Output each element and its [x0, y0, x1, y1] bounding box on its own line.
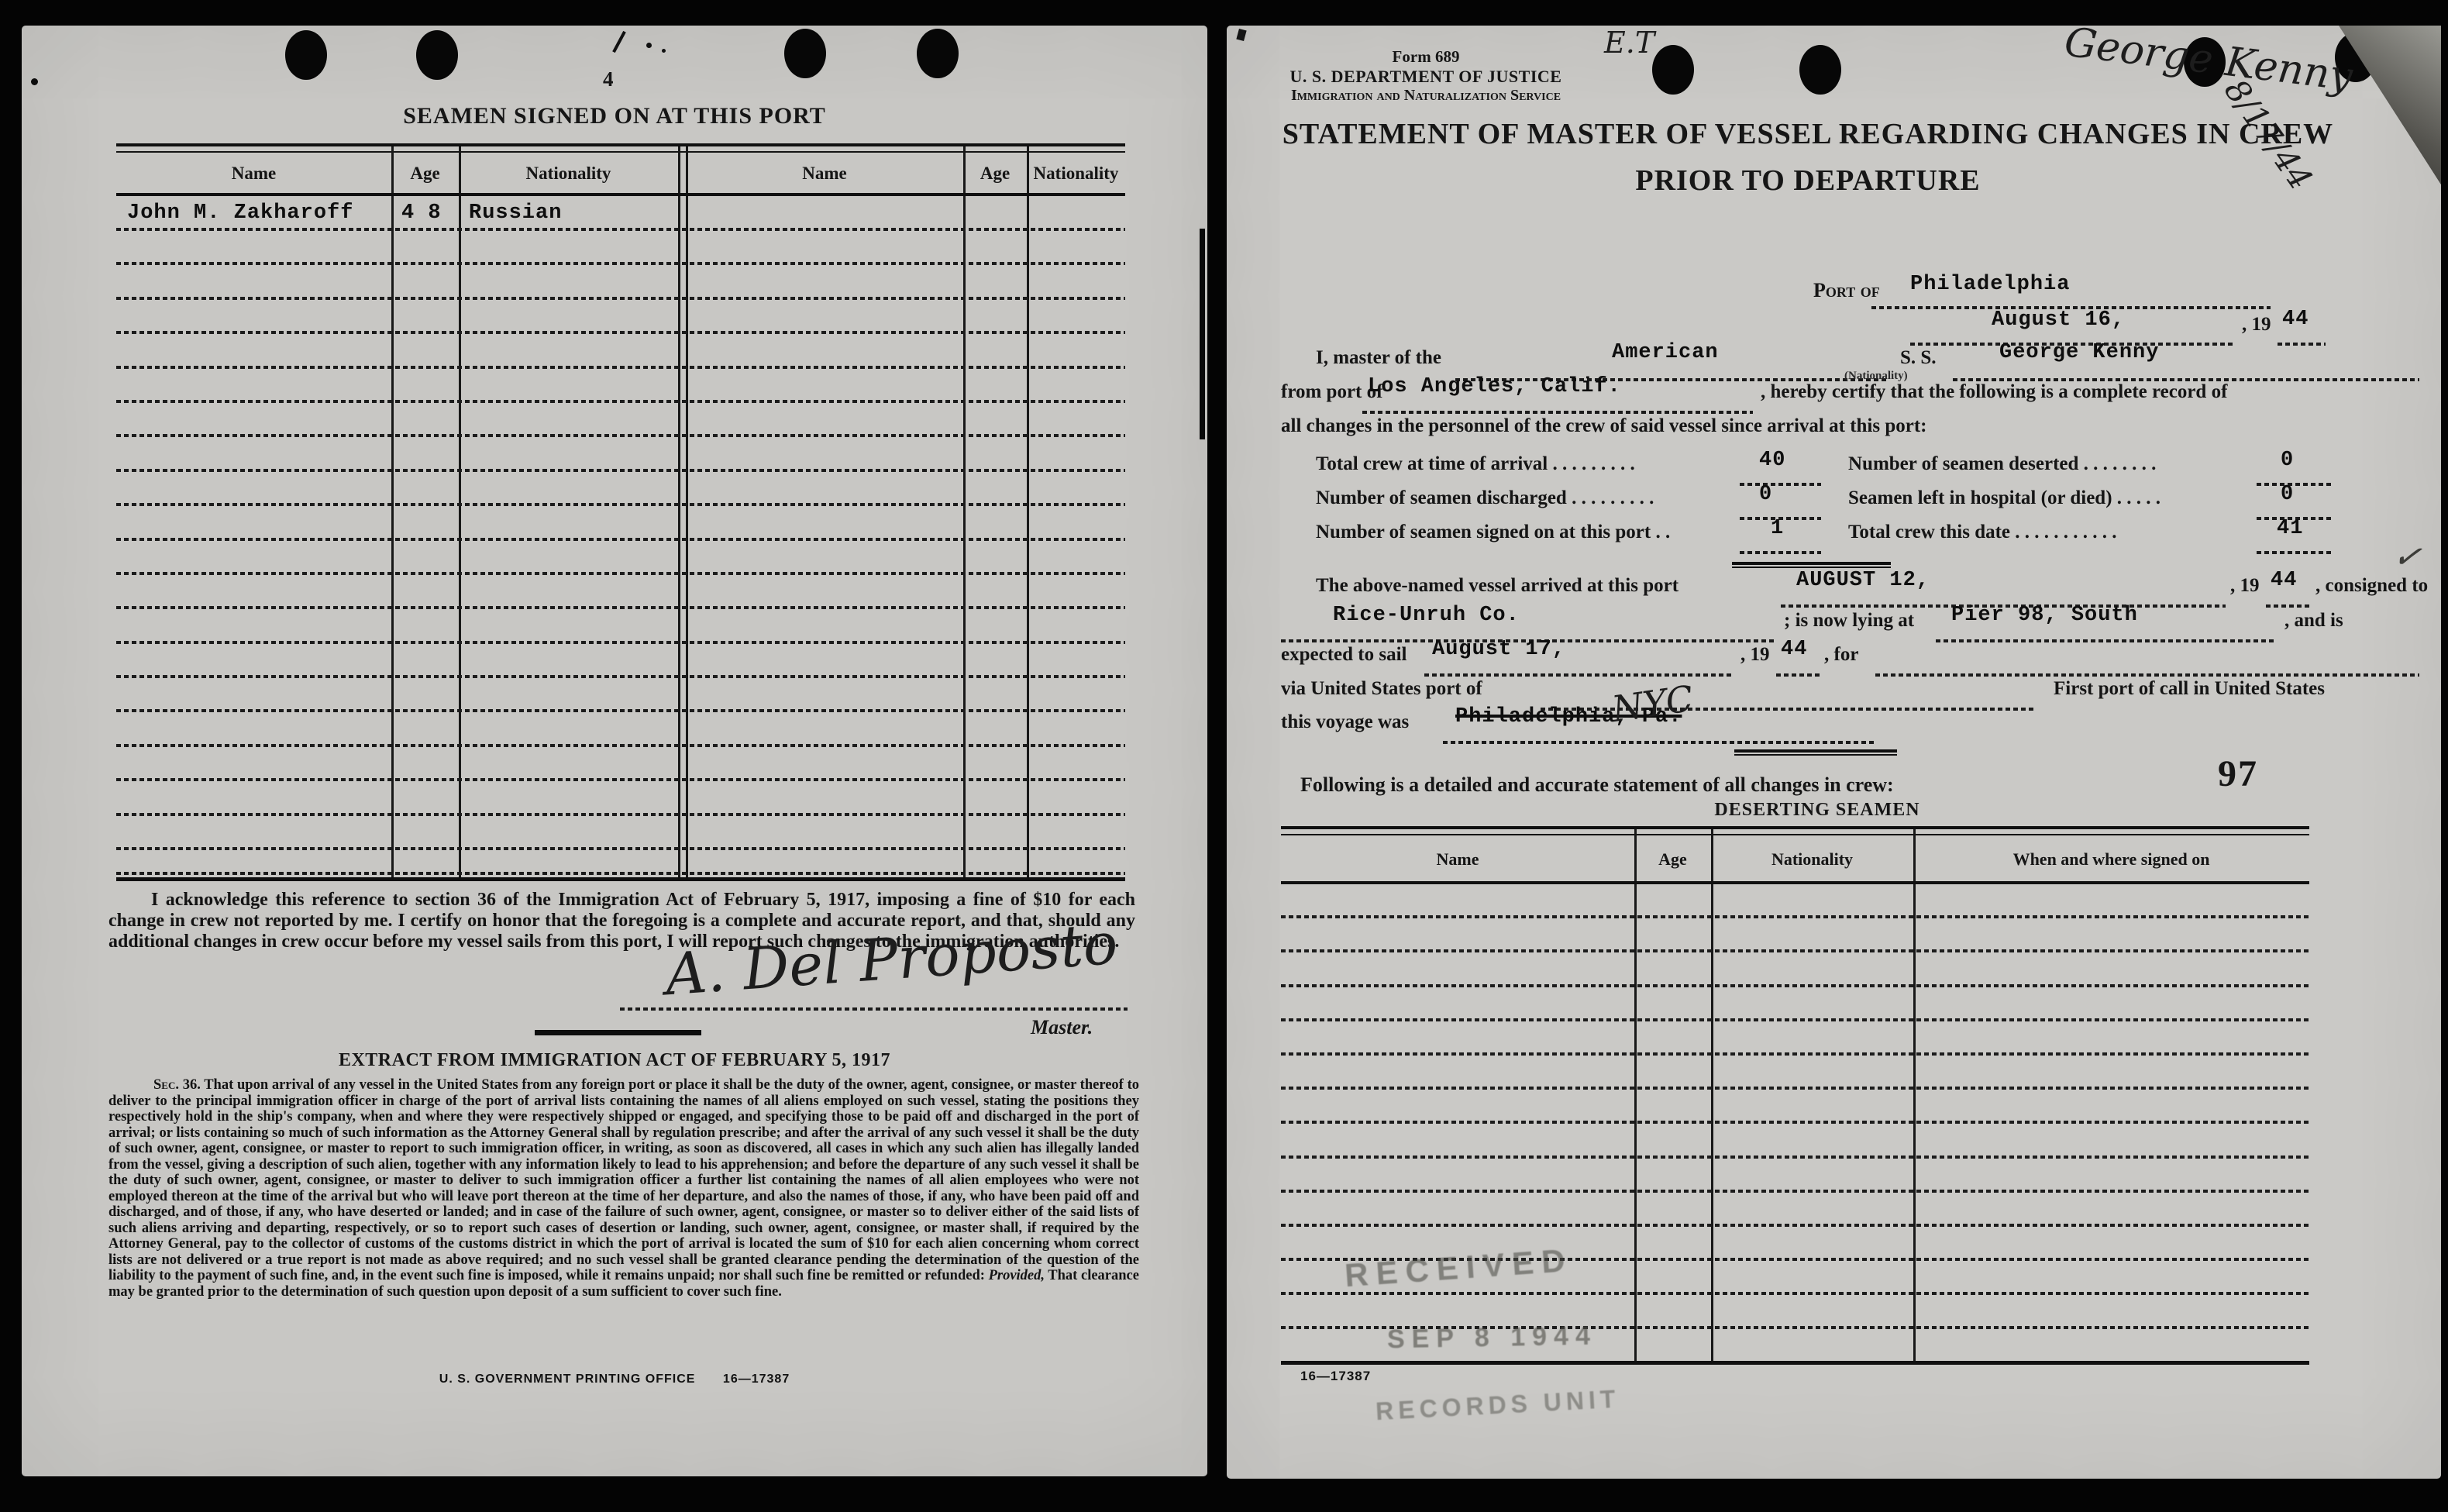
- year-prefix: , 19: [2242, 314, 2271, 336]
- table-empty-row: [1281, 884, 2309, 918]
- destination-line: [1875, 673, 2419, 677]
- handwritten-check-mark: ✓: [2391, 536, 2425, 579]
- table-empty-row: [116, 472, 1125, 506]
- left-page: 4 SEAMEN SIGNED ON AT THIS PORT Name Age…: [22, 26, 1207, 1476]
- sail-year-line: [1776, 673, 1820, 677]
- sail-date-line: [1424, 673, 1734, 677]
- table-top-rule: [116, 151, 1125, 153]
- punch-hole: [285, 30, 327, 80]
- seaman-name-value: John M. Zakharoff: [127, 201, 353, 225]
- signature-line: [620, 1007, 1128, 1011]
- stat-label: Seamen left in hospital (or died) . . . …: [1848, 487, 2161, 509]
- column-header-name: Name: [686, 164, 963, 184]
- certify-text: , hereby certify that the following is a…: [1761, 381, 2227, 403]
- arrival-year-line: [2266, 604, 2311, 608]
- table-empty-row: [1281, 987, 2309, 1021]
- table-rows: John M. Zakharoff 4 8 Russian: [116, 196, 1125, 850]
- consignee-value: Rice-Unruh Co.: [1333, 604, 1520, 627]
- certify-text2: all changes in the personnel of the crew…: [1281, 415, 1927, 437]
- table-empty-row: [116, 781, 1125, 815]
- punch-hole: [784, 29, 826, 78]
- section-rule: [1732, 562, 1891, 568]
- arrival-date-value: AUGUST 12,: [1796, 569, 1930, 592]
- punch-hole: [917, 29, 959, 78]
- ink-speck: [31, 78, 38, 85]
- stat-label: Total crew this date . . . . . . . . . .…: [1848, 522, 2117, 543]
- table-empty-row: [116, 265, 1125, 299]
- table-empty-row: [116, 816, 1125, 850]
- stat-line: [2257, 551, 2331, 554]
- table-empty-row: [116, 231, 1125, 265]
- arrival-seg3c: , for: [1824, 644, 1858, 666]
- records-unit-stamp: RECORDS UNIT: [1375, 1385, 1620, 1426]
- table-bottom-rule: [1281, 1361, 2309, 1365]
- table-row-filled: John M. Zakharoff 4 8 Russian: [116, 196, 1125, 231]
- year-value: 44: [2282, 308, 2309, 331]
- port-of-value: Philadelphia: [1910, 273, 2070, 296]
- table-empty-row: [116, 644, 1125, 678]
- handwritten-name-annotation: George Kenny: [2062, 19, 2355, 100]
- sail-date-value: August 17,: [1432, 638, 1565, 661]
- table-empty-row: [116, 609, 1125, 643]
- department-title: U. S. DEPARTMENT OF JUSTICE: [1283, 67, 1569, 87]
- column-header-age: Age: [1634, 849, 1711, 870]
- table-empty-row: [116, 334, 1125, 368]
- stat-line: [1740, 483, 1821, 486]
- seaman-age-value: 4 8: [401, 201, 442, 225]
- arrival-seg1: The above-named vessel arrived at this p…: [1316, 575, 1678, 597]
- stat-value: 41: [2277, 517, 2303, 540]
- table-empty-row: [116, 541, 1125, 575]
- arrival-seg2: ; is now lying at: [1784, 610, 1914, 632]
- stat-value: 40: [1759, 449, 1785, 472]
- table-last-dotted-rule: [116, 872, 1125, 875]
- right-page: Form 689 U. S. DEPARTMENT OF JUSTICE Imm…: [1227, 26, 2441, 1479]
- column-header-nationality: Nationality: [459, 164, 678, 184]
- table-empty-row: [1281, 918, 2309, 952]
- sail-year-value: 44: [1781, 638, 1807, 661]
- from-port-value: Los Angeles, Calif.: [1368, 375, 1621, 398]
- separator-rule: [535, 1030, 701, 1035]
- date-value: August 16,: [1992, 308, 2125, 332]
- stat-value: 0: [1759, 483, 1772, 506]
- column-header-nationality: Nationality: [1027, 164, 1125, 184]
- statement-title-line2: PRIOR TO DEPARTURE: [1273, 164, 2343, 198]
- table-empty-row: [116, 712, 1125, 746]
- punch-hole: [416, 30, 458, 80]
- arrival-seg5: this voyage was: [1281, 711, 1409, 733]
- vessel-name-value: George Kenny: [1999, 341, 2159, 364]
- stat-label: Number of seamen signed on at this port …: [1316, 522, 1670, 543]
- pen-mark: [612, 31, 626, 53]
- table-rows: [1281, 884, 2309, 1364]
- print-code: 16—17387: [1300, 1369, 1371, 1384]
- printing-office-label: U. S. GOVERNMENT PRINTING OFFICE: [439, 1373, 696, 1386]
- arrival-seg4: via United States port of: [1281, 678, 1482, 700]
- seamen-signed-on-table: Name Age Nationality Name Age Nationalit…: [116, 143, 1125, 881]
- arrival-seg1c: , consigned to: [2315, 575, 2428, 597]
- table-empty-row: [1281, 1056, 2309, 1090]
- table-empty-row: [116, 575, 1125, 609]
- arrival-year-value: 44: [2271, 569, 2297, 592]
- table-empty-row: [116, 678, 1125, 712]
- stat-label: Total crew at time of arrival . . . . . …: [1316, 453, 1635, 475]
- column-header-age: Age: [391, 164, 459, 184]
- from-port-line: [1362, 411, 1753, 414]
- vessel-nationality-value: American: [1612, 341, 1719, 364]
- column-header-age: Age: [963, 164, 1027, 184]
- table-empty-row: [1281, 952, 2309, 987]
- table-empty-row: [1281, 1124, 2309, 1158]
- form-header: Form 689 U. S. DEPARTMENT OF JUSTICE Imm…: [1283, 47, 1569, 105]
- seaman-nationality-value: Russian: [469, 201, 562, 225]
- punch-hole: [1652, 45, 1694, 95]
- ss-label: S. S.: [1900, 347, 1937, 369]
- punch-hole: [1799, 45, 1841, 95]
- print-code: 16—17387: [723, 1373, 790, 1386]
- table-empty-row: [1281, 1159, 2309, 1193]
- table-empty-row: [116, 506, 1125, 540]
- form-number: Form 689: [1283, 47, 1569, 67]
- table-empty-row: [116, 300, 1125, 334]
- handwritten-initials: E.T: [1604, 26, 1654, 60]
- table-bottom-rule: [116, 877, 1125, 881]
- port-of-label: Port of: [1813, 279, 1880, 302]
- page-number: 4: [603, 67, 614, 91]
- pen-mark: [646, 43, 652, 48]
- stat-value: 0: [2281, 483, 2294, 506]
- voyage-port-line: [1443, 741, 1877, 744]
- sec36-proviso: Provided,: [989, 1268, 1045, 1283]
- statement-title-line1: STATEMENT OF MASTER OF VESSEL REGARDING …: [1273, 117, 2343, 151]
- column-header-name: Name: [116, 164, 391, 184]
- berth-line: [1936, 639, 2277, 642]
- table-top-rule: [1281, 834, 2309, 835]
- berth-value: Pier 98, South: [1951, 604, 2138, 627]
- table-empty-row: [116, 747, 1125, 781]
- table-empty-row: [1281, 1021, 2309, 1056]
- ink-speck: [1236, 29, 1246, 41]
- stat-label: Number of seamen deserted . . . . . . . …: [1848, 453, 2156, 475]
- scan-edge-streak: [1200, 229, 1205, 439]
- arrival-seg3: expected to sail: [1281, 644, 1406, 666]
- table-empty-row: [1281, 1090, 2309, 1124]
- service-title: Immigration and Naturalization Service: [1283, 87, 1569, 105]
- stat-label: Number of seamen discharged . . . . . . …: [1316, 487, 1654, 509]
- following-statement: Following is a detailed and accurate sta…: [1300, 773, 1894, 797]
- stat-value: 0: [2281, 449, 2294, 472]
- signature-caption: Master.: [1031, 1016, 1093, 1039]
- sec36-text: That upon arrival of any vessel in the U…: [108, 1077, 1139, 1283]
- table-empty-row: [116, 437, 1125, 471]
- stat-line: [1740, 551, 1821, 554]
- arrival-seg1b: , 19: [2230, 575, 2260, 597]
- sec36-paragraph: Sec. 36. That upon arrival of any vessel…: [108, 1077, 1139, 1300]
- year-line: [2278, 343, 2326, 346]
- master-prefix: I, master of the: [1316, 347, 1441, 369]
- arrival-seg2b: , and is: [2284, 610, 2343, 632]
- sheet-number-stamp: 97: [2218, 753, 2258, 795]
- stat-value: 1: [1771, 517, 1784, 540]
- handwritten-port-correction: NYC: [1610, 677, 1696, 730]
- received-date-stamp: SEP 8 1944: [1387, 1321, 1597, 1355]
- left-page-title: SEAMEN SIGNED ON AT THIS PORT: [22, 103, 1207, 129]
- gpo-footer: U. S. GOVERNMENT PRINTING OFFICE 16—1738…: [22, 1373, 1207, 1386]
- column-header-name: Name: [1281, 849, 1634, 870]
- table-empty-row: [116, 403, 1125, 437]
- arrival-seg3b: , 19: [1740, 644, 1770, 666]
- pen-mark: [662, 49, 666, 53]
- deserting-seamen-heading: DESERTING SEAMEN: [1662, 800, 1972, 821]
- scanned-document-spread: 4 SEAMEN SIGNED ON AT THIS PORT Name Age…: [0, 0, 2448, 1512]
- column-header-nationality: Nationality: [1711, 849, 1913, 870]
- section-rule: [1734, 749, 1897, 756]
- extract-heading: EXTRACT FROM IMMIGRATION ACT OF FEBRUARY…: [22, 1050, 1207, 1071]
- sec36-label: Sec. 36.: [153, 1077, 201, 1093]
- arrival-seg4b: First port of call in United States: [2054, 678, 2325, 700]
- column-header-signed-on: When and where signed on: [1913, 849, 2309, 870]
- table-empty-row: [1281, 1193, 2309, 1227]
- table-empty-row: [116, 369, 1125, 403]
